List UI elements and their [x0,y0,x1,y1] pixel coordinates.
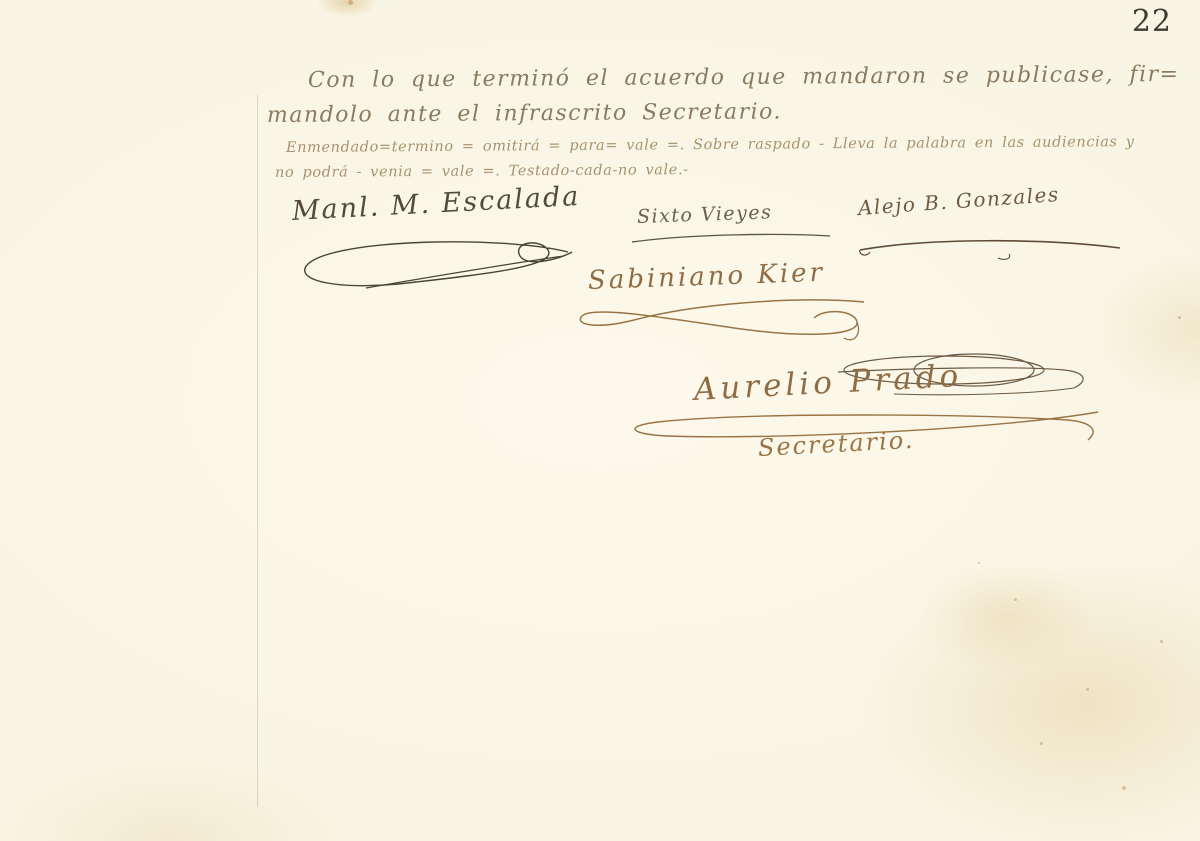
paper-speck [1014,598,1017,601]
paper-speck [1122,786,1126,790]
signature-escalada-flourish [296,236,576,294]
body-text-line-1: Con lo que terminó el acuerdo que mandar… [308,62,1180,93]
paper-speck [978,562,980,564]
paper-crease-line [257,95,258,807]
signature-kier-flourish [574,294,869,346]
body-text-line-2: mandolo ante el infrascrito Secretario. [267,99,782,128]
paper-speck [348,0,353,5]
signature-vieyes: Sixto Vieyes [637,201,773,228]
emendation-note-line-2: no podrá - venia = vale =. Testado-cada-… [275,162,689,181]
signature-prado: Aurelio Prado [693,358,963,408]
signature-kier: Sabiniano Kier [587,258,825,296]
manuscript-page: 22 Con lo que terminó el acuerdo que man… [0,0,1200,841]
signature-gonzales-underline [856,234,1126,262]
emendation-note-line-1: Enmendado=termino = omitirá = para= vale… [286,134,1135,156]
page-number: 22 [1132,4,1172,39]
signature-vieyes-underline [630,230,835,248]
paper-speck [1178,316,1181,319]
paper-speck [1086,688,1089,691]
signature-gonzales: Alejo B. Gonzales [857,182,1060,220]
paper-speck [1160,640,1163,643]
signature-escalada: Manl. M. Escalada [291,181,581,227]
paper-speck [1040,742,1043,745]
